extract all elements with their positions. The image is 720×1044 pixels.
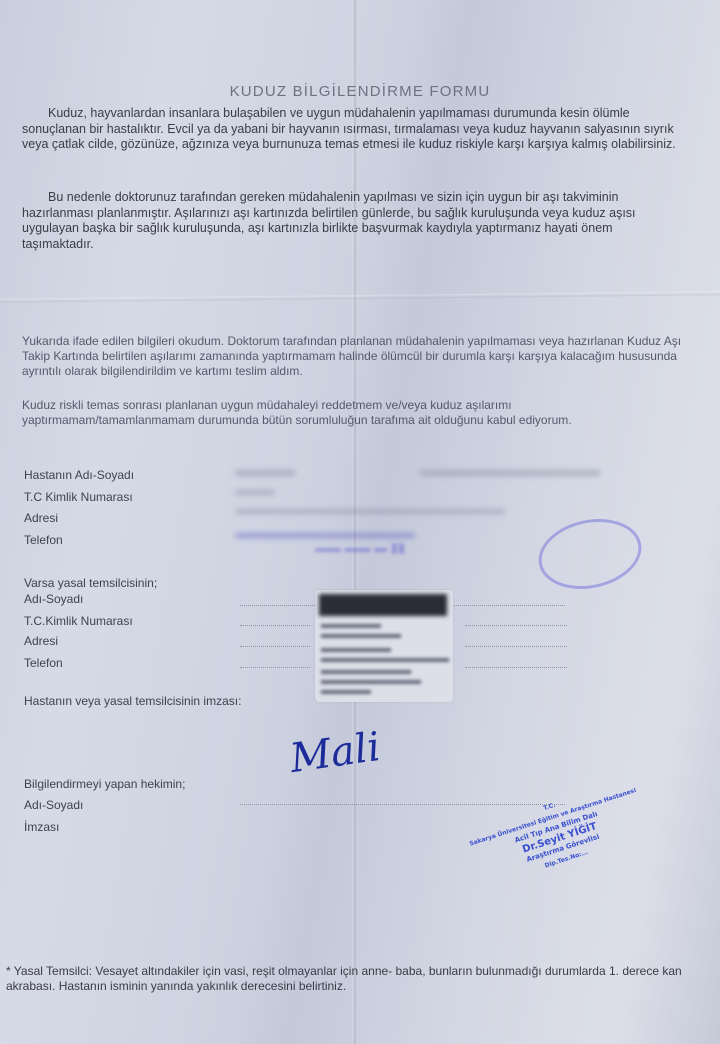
guardian-phone-line-2 <box>465 667 567 668</box>
patient-phone-label: Telefon <box>24 533 63 547</box>
intro-paragraph: Kuduz, hayvanlardan insanlara bulaşabile… <box>22 106 682 153</box>
guardian-phone-line <box>240 667 310 668</box>
guardian-id-line-2 <box>465 625 567 626</box>
vaccination-paragraph: Bu nedenle doktorunuz tarafından gereken… <box>22 190 682 252</box>
patient-name-label: Hastanın Adı-Soyadı <box>24 468 134 482</box>
blurred-date-stamp: ▬▬ ▬▬ ▬ ▮▮ <box>315 540 405 556</box>
footnote: * Yasal Temsilci: Vesayet altındakiler i… <box>6 964 706 994</box>
blurred-oval-stamp <box>532 510 648 598</box>
redacted-patient-phone <box>235 533 415 538</box>
redacted-patient-id <box>235 490 275 495</box>
doctor-handwritten-signature: Mali <box>287 724 383 782</box>
guardian-heading: Varsa yasal temsilcisinin; <box>24 576 157 590</box>
guardian-address-line-2 <box>465 646 567 647</box>
guardian-address-line <box>240 646 310 647</box>
guardian-id-label: T.C.Kimlik Numarası <box>24 614 133 628</box>
doctor-heading: Bilgilendirmeyi yapan hekimin; <box>24 777 185 791</box>
patient-id-label: T.C Kimlik Numarası <box>24 490 133 504</box>
patient-signature-label: Hastanın veya yasal temsilcisinin imzası… <box>24 694 241 708</box>
refusal-paragraph: Kuduz riskli temas sonrası planlanan uyg… <box>22 398 682 427</box>
doctor-name-label: Adı-Soyadı <box>24 798 83 812</box>
patient-address-label: Adresi <box>24 511 58 525</box>
doctor-name-line <box>240 804 565 805</box>
consent-paragraph: Yukarıda ifade edilen bilgileri okudum. … <box>22 334 682 379</box>
redacted-patient-name <box>235 470 295 476</box>
form-title: KUDUZ BİLGİLENDİRME FORMU <box>0 83 720 100</box>
scanned-form-page: KUDUZ BİLGİLENDİRME FORMU Kuduz, hayvanl… <box>0 0 720 1044</box>
guardian-phone-label: Telefon <box>24 656 63 670</box>
redacted-patient-address <box>235 509 505 514</box>
paper-fold-vertical <box>352 0 358 1044</box>
paper-fold-horizontal <box>0 291 720 303</box>
redacted-patient-label-sticker <box>315 590 453 702</box>
guardian-id-line <box>240 625 310 626</box>
doctor-signature-label: İmzası <box>24 820 59 834</box>
guardian-name-label: Adı-Soyadı <box>24 592 83 606</box>
guardian-address-label: Adresi <box>24 634 58 648</box>
redacted-patient-name-2 <box>420 470 600 476</box>
doctor-stamp: T.C. Sakarya Üniversitesi Eğitim ve Araş… <box>462 774 654 892</box>
